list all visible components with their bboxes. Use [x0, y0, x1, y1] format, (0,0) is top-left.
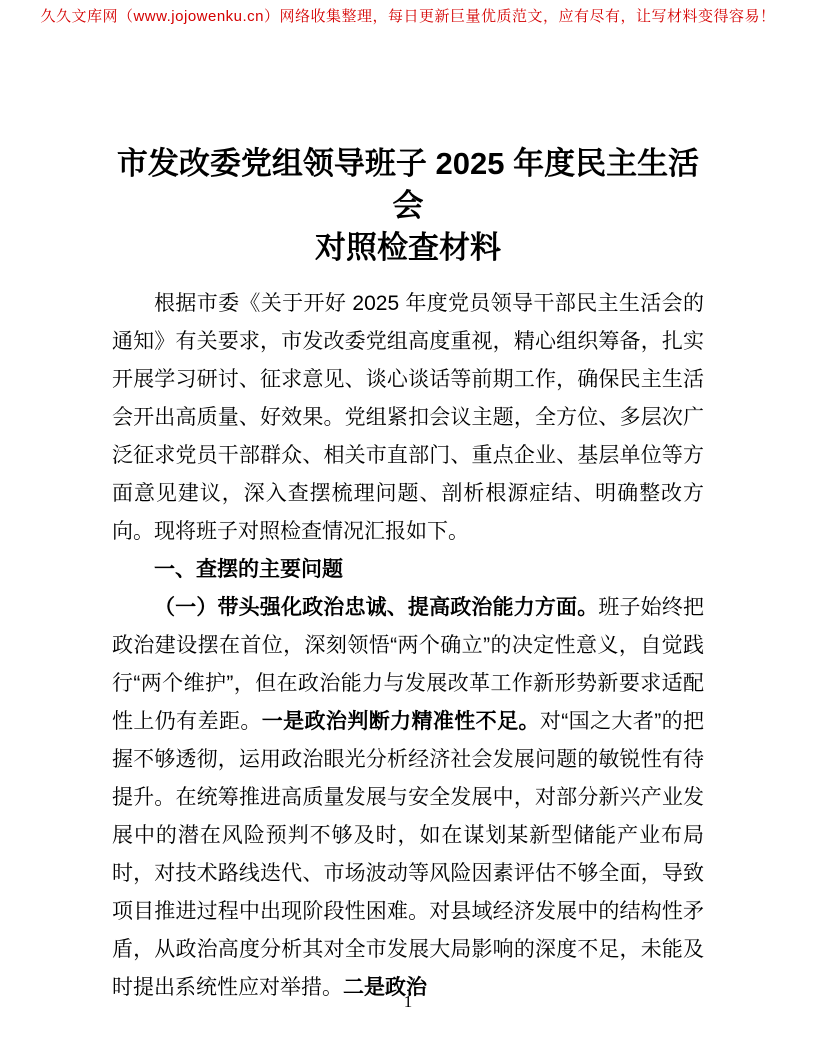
paragraph-introduction: 根据市委《关于开好 2025 年度党员领导干部民主生活会的通知》有关要求，市发改…: [112, 285, 704, 551]
document-page: 久久文库网（www.jojowenku.cn）网络收集整理，每日更新巨量优质范文…: [0, 0, 816, 1056]
section-heading-1: 一、查摆的主要问题: [112, 551, 704, 589]
bold-phrase-first-issue: 一是政治判断力精准性不足。: [262, 710, 540, 733]
document-content: 市发改委党组领导班子 2025 年度民主生活会对照检查材料 根据市委《关于开好 …: [112, 143, 704, 1007]
paragraph-section-1-1: （一）带头强化政治忠诚、提高政治能力方面。班子始终把政治建设摆在首位，深刻领悟“…: [112, 589, 704, 1007]
watermark-header-text: 久久文库网（www.jojowenku.cn）网络收集整理，每日更新巨量优质范文…: [0, 5, 816, 26]
page-number: 1: [0, 992, 816, 1012]
body-text-run-2: 对“国之大者”的把握不够透彻，运用政治眼光分析经济社会发展问题的敏锐性有待提升。…: [112, 710, 704, 999]
document-title: 市发改委党组领导班子 2025 年度民主生活会对照检查材料: [112, 143, 704, 269]
document-title-line1: 市发改委党组领导班子 2025 年度民主生活会: [117, 146, 699, 223]
document-title-line2: 对照检查材料: [315, 230, 501, 265]
subheading-point-1: （一）带头强化政治忠诚、提高政治能力方面。: [154, 596, 598, 619]
